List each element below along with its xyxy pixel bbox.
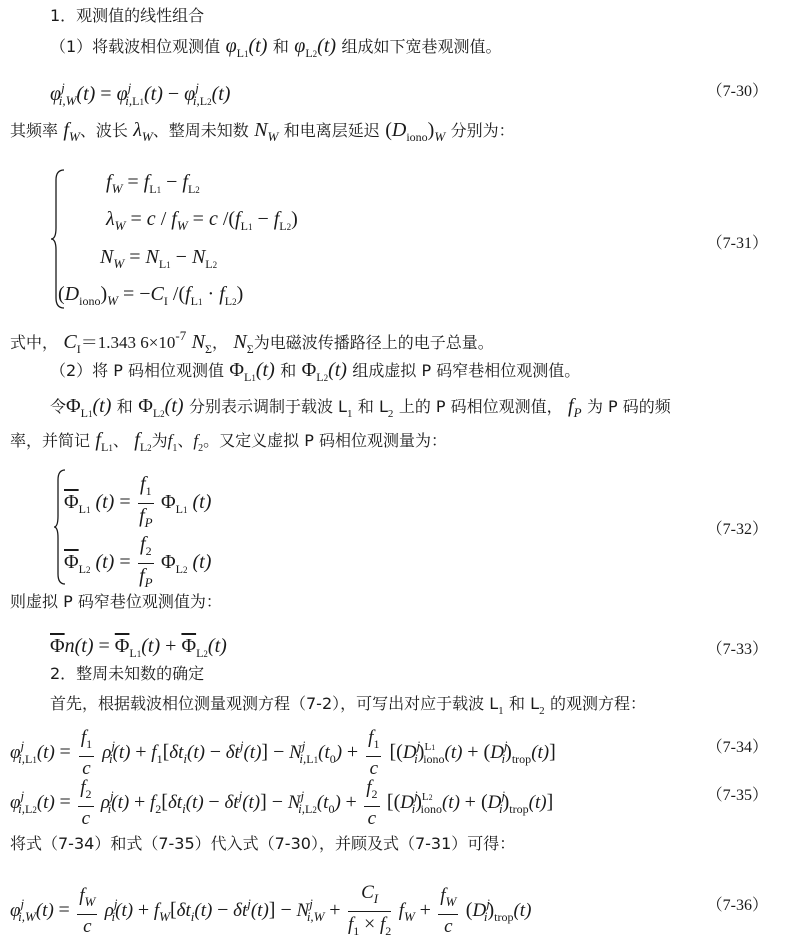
equation-7-35: φji,L2(t) = f2c ρji(t) + f2[δti(t) − δtj…	[10, 772, 553, 834]
equation-7-36: φji,W(t) = fWc ρji(t) + fW[δti(t) − δtj(…	[10, 878, 531, 938]
text: 分别为：	[451, 121, 515, 140]
text: 上的 P 码相位观测值，	[399, 397, 563, 416]
text: 为 P 码的频	[587, 397, 671, 416]
paragraph-phi-definition: 令ΦL1(t) 和 ΦL2(t) 分别表示调制于载波 L1 和 L2 上的 P …	[50, 394, 671, 426]
paragraph-wide-lane-intro: （1）将载波相位观测值 φL1(t) 和 φL2(t) 组成如下宽巷观测值。	[50, 34, 501, 66]
text: 和	[280, 361, 296, 380]
text: 和	[273, 37, 289, 56]
text: 和	[117, 397, 133, 416]
equation-7-30: φji,W(t) = φji,L1(t) − φji,L2(t)	[50, 76, 230, 114]
math-phi-l1: φL1(t)	[226, 35, 268, 57]
text: 和 L	[358, 397, 388, 416]
section-heading-1: 1．观测值的线性组合	[50, 4, 204, 28]
paragraph-substitution: 将式（7-34）和式（7-35）代入式（7-30），并顾及式（7-31）可得：	[10, 832, 515, 856]
text: 、	[113, 431, 129, 450]
equation-7-32-row-1: ΦL1 (t) = f1fP ΦL1 (t)	[64, 472, 211, 535]
equation-number-7-33: （7-33）	[707, 636, 768, 659]
text: 。又定义虚拟 P 码相位观测量为：	[203, 431, 447, 450]
text: 为	[152, 431, 168, 450]
paragraph-observation-intro: 首先，根据载波相位测量观测方程（7-2），可写出对应于载波 L1 和 L2 的观…	[50, 692, 646, 723]
text: 组成虚拟 P 码窄巷相位观测值。	[352, 361, 580, 380]
text: 、波长	[80, 121, 128, 140]
text: 的观测方程：	[550, 694, 646, 713]
math-phi-l2: φL2(t)	[294, 35, 336, 57]
text: 其频率	[10, 121, 58, 140]
equation-number-7-31: （7-31）	[707, 230, 768, 253]
equation-number-7-30: （7-30）	[707, 78, 768, 101]
text: （1）将载波相位观测值	[50, 37, 220, 56]
text: 首先，根据载波相位测量观测方程（7-2），可写出对应于载波 L	[50, 694, 498, 713]
equation-number-7-35: （7-35）	[707, 782, 768, 805]
section-heading-2: 2．整周未知数的确定	[50, 662, 204, 686]
equation-7-31-row-1: fW = fL1 − fL2	[106, 170, 200, 202]
text: 和 L	[509, 694, 539, 713]
equation-number-7-34: （7-34）	[707, 734, 768, 757]
equation-7-31-row-2: λW = c / fW = c /(fL1 − fL2)	[106, 207, 298, 239]
paragraph-ci-definition: 式中， CI＝1.343 6×10-7 NΣ， NΣ为电磁波传播路径上的电子总量…	[10, 324, 494, 361]
text: 分别表示调制于载波 L	[189, 397, 347, 416]
paragraph-frequency: 其频率 fW、波长 λW、整周未知数 NW 和电离层延迟 (Diono)W 分别…	[10, 118, 515, 149]
ci-value: ＝1.343 6×10	[81, 333, 176, 352]
text: 和电离层延迟	[284, 121, 380, 140]
text: 组成如下宽巷观测值。	[341, 37, 501, 56]
text: ，	[212, 333, 228, 352]
paragraph-phi-definition-line-2: 率，并简记 fL1、 fL2为f1、f2。又定义虚拟 P 码相位观测量为：	[10, 428, 447, 461]
text: 、	[177, 431, 193, 450]
equation-7-31-row-3: NW = NL1 − NL2	[100, 245, 217, 277]
exponent: -7	[175, 328, 186, 343]
paragraph-p-code-intro: （2）将 P 码相位观测值 ΦL1(t) 和 ΦL2(t) 组成虚拟 P 码窄巷…	[50, 358, 580, 390]
text: 式中，	[10, 333, 58, 352]
text: 率，并简记	[10, 431, 90, 450]
equation-7-31-row-4: (Diono)W = −CI /(fL1 · fL2)	[58, 282, 243, 314]
equation-number-7-36: （7-36）	[707, 892, 768, 915]
text: 、整周未知数	[153, 121, 249, 140]
paragraph-narrow-lane: 则虚拟 P 码窄巷位观测值为：	[10, 590, 222, 614]
text: （2）将 P 码相位观测值	[50, 361, 224, 380]
equation-number-7-32: （7-32）	[707, 516, 768, 539]
equation-7-32-row-2: ΦL2 (t) = f2fP ΦL2 (t)	[64, 532, 211, 595]
text: 令	[50, 397, 66, 416]
text: 为电磁波传播路径上的电子总量。	[254, 333, 494, 352]
